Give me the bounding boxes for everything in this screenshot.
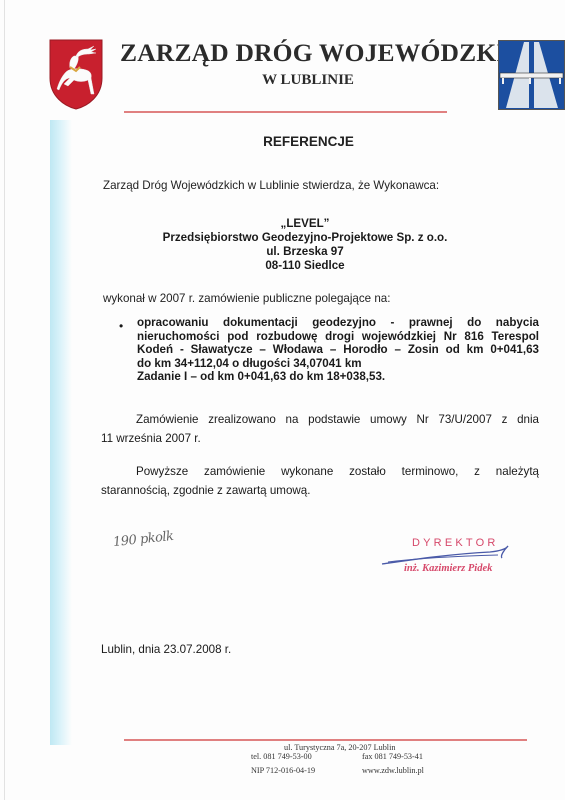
paragraph-line: starannością, zgodnie z zawartą umową. bbox=[101, 484, 310, 497]
handwritten-note: 190 pkolk bbox=[112, 529, 174, 550]
task-line: Kodeń - Sławatycze – Włodawa – Horodło –… bbox=[137, 343, 539, 357]
contractor-city: 08-110 Siedlce bbox=[150, 259, 460, 273]
footer-fax: fax 081 749-53-41 bbox=[362, 752, 423, 761]
lublin-coat-of-arms-icon bbox=[48, 38, 104, 110]
organization-location: W LUBLINIE bbox=[120, 72, 496, 89]
task-description: opracowaniu dokumentacji geodezyjno - pr… bbox=[137, 316, 539, 384]
task-line: nieruchomości pod rozbudowę drogi wojewó… bbox=[137, 330, 539, 344]
footer-nip: NIP 712-016-04-19 bbox=[251, 766, 315, 775]
highway-road-logo-icon bbox=[498, 40, 565, 110]
contract-paragraph: Zamówienie zrealizowano na podstawie umo… bbox=[101, 411, 539, 448]
contractor-name: „LEVEL” bbox=[150, 217, 460, 231]
footer-divider bbox=[124, 739, 527, 741]
place-date: Lublin, dnia 23.07.2008 r. bbox=[101, 643, 231, 656]
completion-paragraph: Powyższe zamówienie wykonane zostało ter… bbox=[101, 463, 539, 500]
task-line: Zadanie I – od km 0+041,63 do km 18+038,… bbox=[137, 370, 539, 384]
header-divider bbox=[124, 111, 447, 113]
contractor-company: Przedsiębiorstwo Geodezyjno-Projektowe S… bbox=[150, 231, 460, 245]
bullet-icon: • bbox=[119, 319, 123, 333]
stamp-name: inż. Kazimierz Pidek bbox=[404, 563, 492, 574]
document-title: REFERENCJE bbox=[0, 134, 565, 149]
intro-text: Zarząd Dróg Wojewódzkich w Lublinie stwi… bbox=[103, 179, 439, 192]
task-line: opracowaniu dokumentacji geodezyjno - pr… bbox=[137, 316, 539, 330]
paragraph-line: Zamówienie zrealizowano na podstawie umo… bbox=[101, 411, 539, 430]
footer-website: www.zdw.lublin.pl bbox=[362, 766, 424, 775]
footer-address: ul. Turystyczna 7a, 20-207 Lublin bbox=[284, 743, 395, 752]
footer-phone: tel. 081 749-53-00 bbox=[251, 752, 312, 761]
scope-intro: wykonał w 2007 r. zamówienie publiczne p… bbox=[103, 292, 390, 305]
contractor-block: „LEVEL” Przedsiębiorstwo Geodezyjno-Proj… bbox=[150, 217, 460, 273]
scan-edge bbox=[4, 0, 5, 800]
task-line: do km 34+112,04 o długości 34,07041 km bbox=[137, 357, 539, 371]
contractor-street: ul. Brzeska 97 bbox=[150, 245, 460, 259]
paragraph-line: 11 września 2007 r. bbox=[101, 432, 201, 445]
organization-name: ZARZĄD DRÓG WOJEWÓDZKICH bbox=[120, 38, 496, 68]
decorative-side-strip bbox=[50, 120, 72, 745]
paragraph-line: Powyższe zamówienie wykonane zostało ter… bbox=[101, 463, 539, 482]
